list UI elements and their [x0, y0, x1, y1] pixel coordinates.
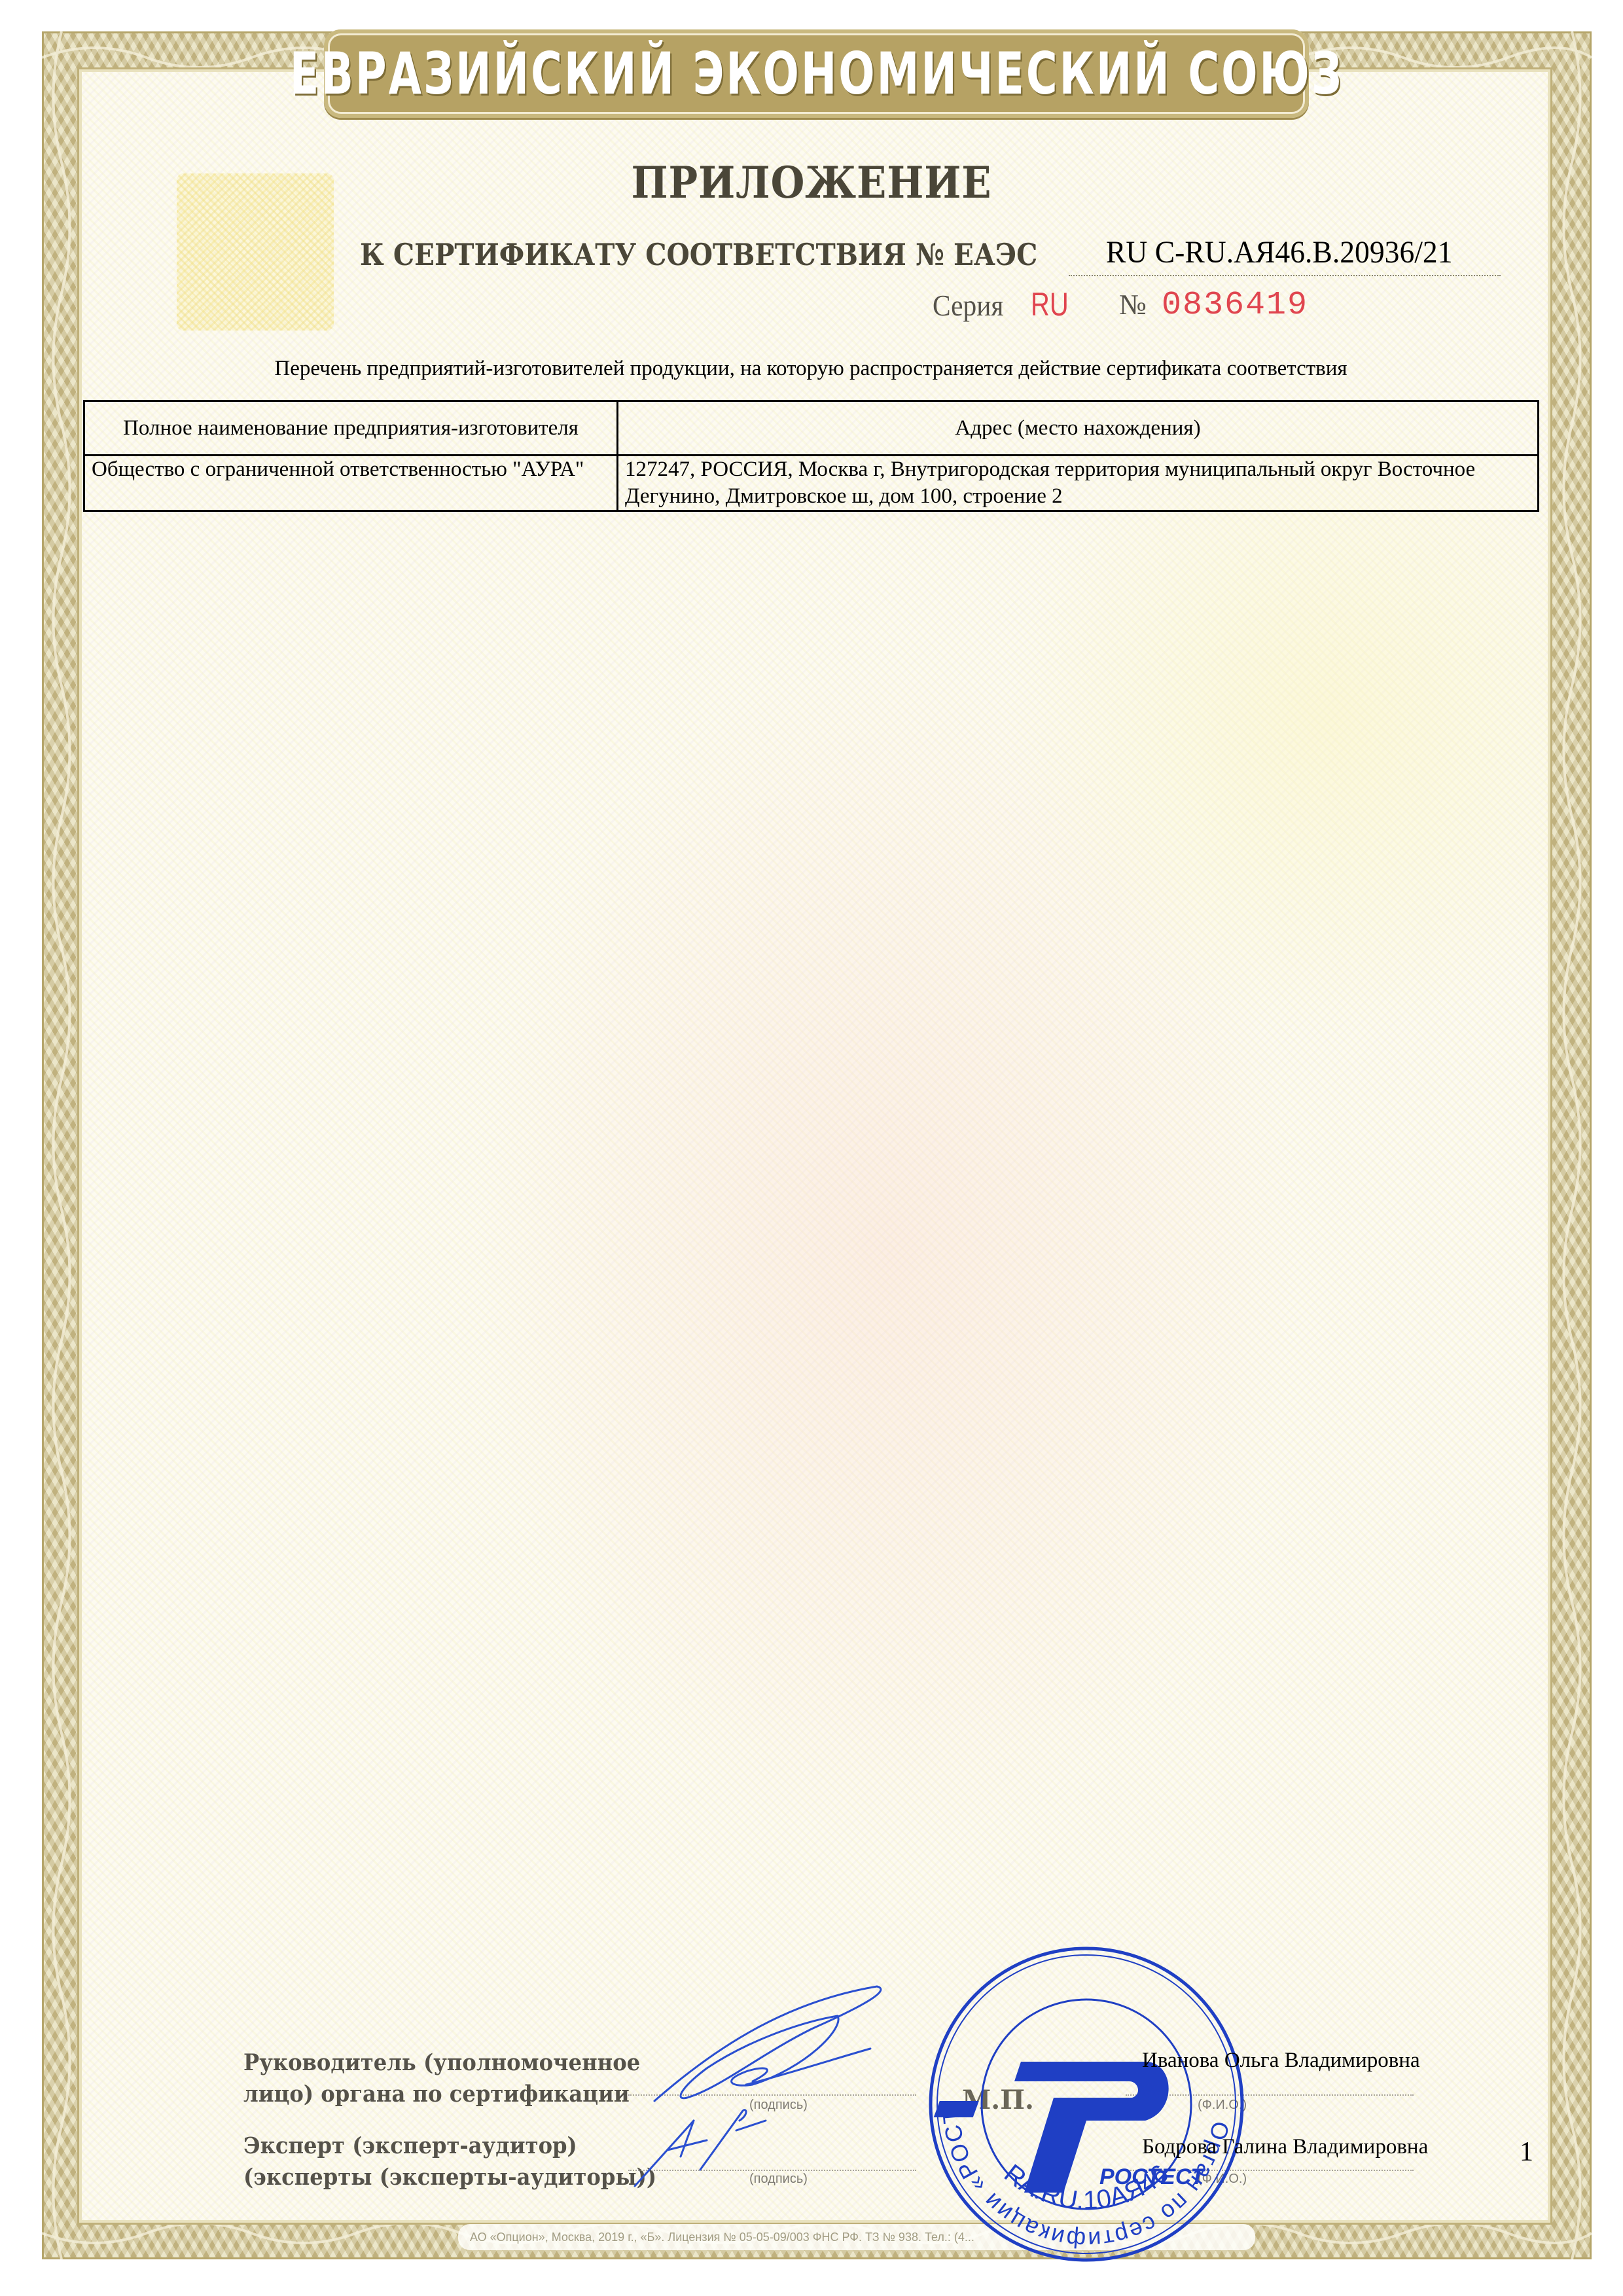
column-header-name: Полное наименование предприятия-изготови… [84, 401, 618, 456]
column-header-address: Адрес (место нахождения) [618, 401, 1539, 456]
head-name: Иванова Ольга Владимировна [1142, 2049, 1420, 2073]
manufacturer-address: 127247, РОССИЯ, Москва г, Внутригородска… [618, 456, 1539, 511]
manufacturer-name: Общество с ограниченной ответственностью… [84, 456, 618, 511]
page-title: ПРИЛОЖЕНИЕ [81, 157, 1542, 208]
head-signature-icon [648, 1977, 897, 2108]
certificate-label: К СЕРТИФИКАТУ СООТВЕТСТВИЯ № ЕАЭС [360, 237, 1037, 272]
head-role: Руководитель (уполномоченное лицо) орган… [243, 2047, 640, 2110]
certificate-number: RU C-RU.АЯ46.В.20936/21 [1106, 234, 1453, 270]
manufacturers-caption: Перечень предприятий-изготовителей проду… [83, 357, 1539, 381]
document-panel [82, 72, 1548, 2220]
table-header-row: Полное наименование предприятия-изготови… [84, 401, 1539, 456]
banner-title: ЕВРАЗИЙСКИЙ ЭКОНОМИЧЕСКИЙ СОЮЗ [289, 40, 1343, 107]
stamp-logo-text: РОСТЕСТ [1099, 2164, 1206, 2189]
expert-role-line2: (эксперты (эксперты-аудиторы)) [243, 2162, 656, 2193]
certificate-number-underline [1069, 275, 1501, 276]
expert-name: Бодрова Галина Владимировна [1142, 2135, 1428, 2159]
expert-signature-icon [628, 2104, 772, 2189]
series-value: RU [1031, 285, 1069, 323]
expert-role: Эксперт (эксперт-аудитор) (эксперты (экс… [243, 2130, 656, 2193]
expert-role-line1: Эксперт (эксперт-аудитор) [243, 2130, 656, 2162]
blank-number-value: 0836419 [1162, 287, 1308, 324]
blank-number-label: № [1119, 288, 1147, 321]
union-banner: ЕВРАЗИЙСКИЙ ЭКОНОМИЧЕСКИЙ СОЮЗ [324, 29, 1309, 118]
head-role-line2: лицо) органа по сертификации [243, 2079, 640, 2110]
series-label: Серия [933, 288, 1003, 323]
page-number: 1 [1520, 2136, 1533, 2168]
head-role-line1: Руководитель (уполномоченное [243, 2047, 640, 2079]
manufacturers-table: Полное наименование предприятия-изготови… [83, 400, 1539, 512]
certification-stamp-icon: Орган по сертификации «РОСТЕСТ-Москва» R… [923, 1941, 1250, 2268]
table-row: Общество с ограниченной ответственностью… [84, 456, 1539, 511]
